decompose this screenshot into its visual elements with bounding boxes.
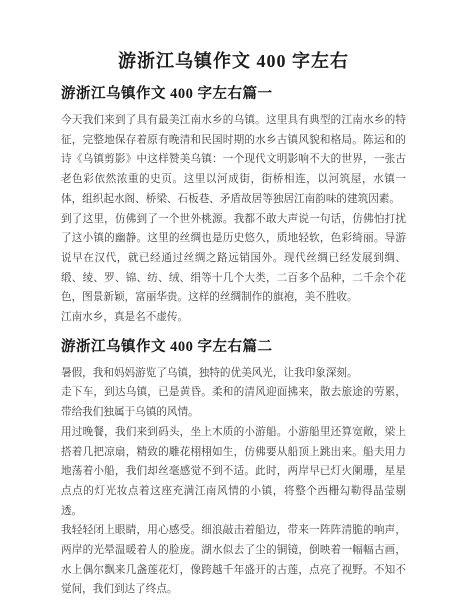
document-page: 游浙江乌镇作文 400 字左右 游浙江乌镇作文 400 字左右篇一 今天我们来到… <box>0 0 463 600</box>
section-1-paragraph-3: 江南水乡，真是名不虚传。 <box>61 308 406 328</box>
section-1-paragraph-2: 到了这里，仿佛到了一个世外桃源。我都不敢大声说一句话，仿佛怕打扰了这小镇的幽静。… <box>61 210 406 309</box>
section-1-heading: 游浙江乌镇作文 400 字左右篇一 <box>61 84 406 104</box>
section-2-paragraph-2: 走下车，到达乌镇，已是黄昏。柔和的清风迎面拂来，散去旅途的劳累，带给我们独属于乌… <box>61 383 406 422</box>
section-2-paragraph-3: 用过晚餐，我们来到码头，坐上木质的小游船。小游船里还算宽敞，梁上搭着几把凉扇，精… <box>61 423 406 522</box>
section-2-heading: 游浙江乌镇作文 400 字左右篇二 <box>61 337 406 357</box>
document-title: 游浙江乌镇作文 400 字左右 <box>61 48 406 74</box>
section-1-paragraph-1: 今天我们来到了具有最美江南水乡的乌镇。这里具有典型的江南水乡的特征，完整地保存着… <box>61 111 406 210</box>
section-2-paragraph-1: 暑假，我和妈妈游览了乌镇，独特的优美风光，让我印象深刻。 <box>61 364 406 384</box>
section-2-paragraph-4: 我轻轻闭上眼睛，用心感受。细浪敲击着船边，带来一阵阵清脆的响声，两岸的光晕温暖着… <box>61 521 406 600</box>
